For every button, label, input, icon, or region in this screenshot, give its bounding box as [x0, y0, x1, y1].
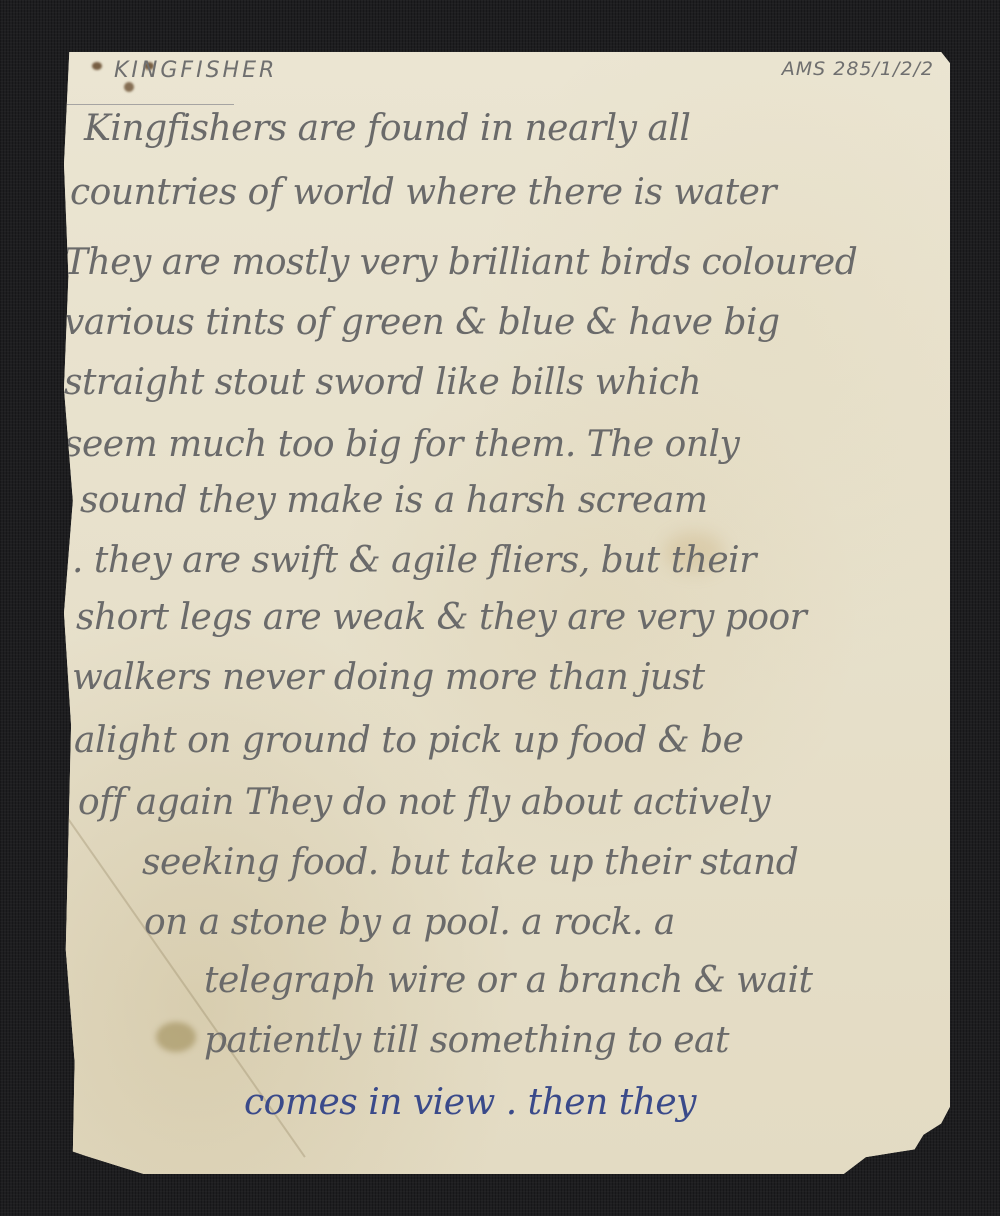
text-line: various tints of green & blue & have big [64, 302, 780, 343]
text-line: Kingfishers are found in nearly all [84, 108, 690, 149]
text-line: They are mostly very brilliant birds col… [64, 242, 857, 283]
text-line: off again They do not fly about actively [78, 782, 770, 823]
text-line: seeking food. but take up their stand [142, 842, 798, 883]
text-line: on a stone by a pool. a rock. a [144, 902, 675, 943]
text-line: walkers never doing more than just [72, 657, 705, 698]
text-line: telegraph wire or a branch & wait [204, 960, 812, 1001]
text-line: short legs are weak & they are very poor [76, 597, 806, 638]
manuscript-page: KINGFISHER AMS 285/1/2/2 Kingfishers are… [64, 52, 950, 1174]
handwritten-text: Kingfishers are found in nearly all coun… [64, 52, 950, 1174]
text-line: seem much too big for them. The only [64, 424, 739, 465]
text-line-ink: comes in view . then they [244, 1082, 696, 1123]
text-line: alight on ground to pick up food & be [74, 720, 743, 761]
text-line: straight stout sword like bills which [64, 362, 701, 403]
text-line: countries of world where there is water [70, 172, 776, 213]
text-line: patiently till something to eat [204, 1020, 729, 1061]
text-line: . they are swift & agile fliers, but the… [72, 540, 756, 581]
text-line: sound they make is a harsh scream [80, 480, 707, 521]
